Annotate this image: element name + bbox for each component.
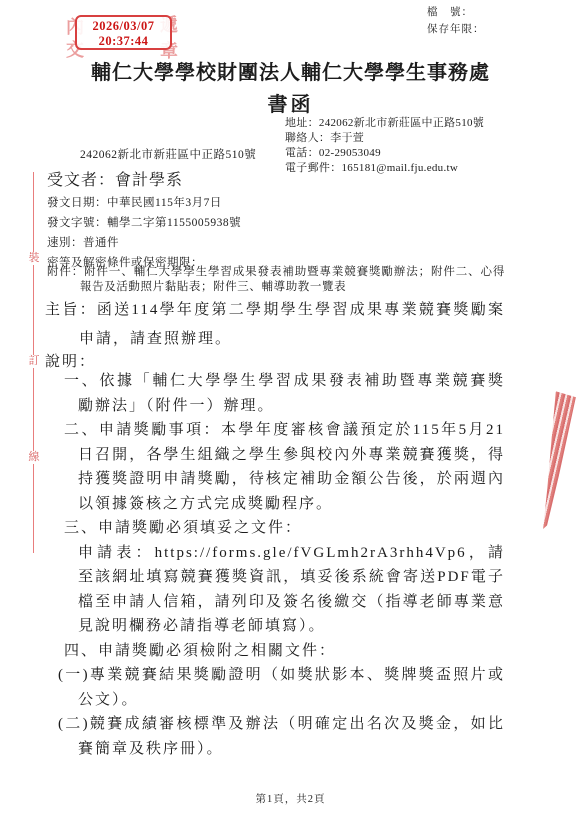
official-letter-page: 檔 號： 保存年限： 內 交 遞 章 2026/03/07 20:37:44 輔… (0, 0, 581, 822)
sender-phone: 電話：02-29053049 (285, 146, 484, 161)
recipient-line: 受文者：會計學系 (47, 167, 183, 190)
stamp-datetime-box: 2026/03/07 20:37:44 (75, 15, 172, 50)
page-number-footer: 第1頁，共2頁 (0, 791, 581, 806)
item-text: 申請獎勵事項：本學年度審核會議預定於115年5月21日召開，各學生組織之學生參與… (78, 422, 505, 512)
recipient-address: 242062新北市新莊區中正路510號 (80, 146, 256, 162)
stamp-time: 20:37:44 (77, 34, 170, 49)
item-number: 三、 (64, 520, 98, 536)
retention-period-label: 保存年限： (427, 21, 485, 38)
explanation-label: 說明： (45, 350, 96, 371)
subitem-text: 競賽成績審核標準及辦法（明確定出名次及獎金，如比賽簡章及秩序冊）。 (78, 716, 505, 757)
letterhead: 輔仁大學學校財團法人輔仁大學學生事務處 書函 (0, 56, 581, 117)
document-number: 發文字號：輔學二字第1155005938號 (47, 213, 241, 233)
item-text: 申請獎勵必須檢附之相關文件： (98, 643, 336, 659)
list-item: 三、申請獎勵必須填妥之文件： (45, 516, 505, 541)
item-text: 依據「輔仁大學學生學習成果發表補助暨專業競賽獎勵辦法」（附件一）辦理。 (78, 373, 505, 414)
document-meta-block: 發文日期：中華民國115年3月7日 發文字號：輔學二字第1155005938號 … (47, 193, 241, 273)
item-number: 四、 (64, 643, 98, 659)
issue-date: 發文日期：中華民國115年3月7日 (47, 193, 241, 213)
sub-list-item: (一)專業競賽結果獎勵證明（如獎狀影本、獎牌獎盃照片或公文）。 (45, 663, 505, 712)
binding-char: 裝 (27, 252, 41, 265)
subject-paragraph: 主旨：函送114學年度第二學期學生學習成果專業競賽獎勵案申請，請查照辦理。 (45, 296, 505, 354)
list-item: 四、申請獎勵必須檢附之相關文件： (45, 639, 505, 664)
document-type-title: 書函 (0, 88, 581, 117)
sender-email: 電子郵件：165181@mail.fju.edu.tw (285, 161, 484, 176)
binding-char: 訂 (27, 355, 41, 368)
subject-label: 主旨： (45, 302, 97, 318)
organization-title: 輔仁大學學校財團法人輔仁大學學生事務處 (0, 56, 581, 85)
sender-address: 地址：242062新北市新莊區中正路510號 (285, 116, 484, 131)
stamp-date: 2026/03/07 (77, 19, 170, 34)
subitem-number: (一) (58, 667, 90, 683)
list-item-continuation: 申請表：https://forms.gle/fVGLmh2rA3rhh4Vp6，… (45, 541, 505, 639)
item-text: 申請獎勵必須填妥之文件： (98, 520, 302, 536)
item-number: 一、 (64, 373, 99, 389)
attachment-line: 附件：附件一、輔仁大學學生學習成果發表補助暨專業競賽獎勵辦法；附件二、心得報告及… (47, 265, 505, 294)
sender-contact-person: 聯絡人：李于萱 (285, 131, 484, 146)
binding-char: 線 (27, 451, 41, 464)
explanation-items: 一、依據「輔仁大學學生學習成果發表補助暨專業競賽獎勵辦法」（附件一）辦理。 二、… (45, 369, 505, 761)
sub-list-item: (二)競賽成績審核標準及辦法（明確定出名次及獎金，如比賽簡章及秩序冊）。 (45, 712, 505, 761)
edge-seal-stamp (530, 391, 579, 532)
list-item: 二、申請獎勵事項：本學年度審核會議預定於115年5月21日召開，各學生組織之學生… (45, 418, 505, 516)
received-stamp: 內 交 遞 章 2026/03/07 20:37:44 (64, 10, 180, 62)
file-number-label: 檔 號： (427, 4, 485, 21)
subitem-text: 專業競賽結果獎勵證明（如獎狀影本、獎牌獎盃照片或公文）。 (78, 667, 505, 708)
subitem-number: (二) (58, 716, 90, 732)
item-number: 二、 (64, 422, 99, 438)
archival-labels: 檔 號： 保存年限： (427, 4, 485, 38)
list-item: 一、依據「輔仁大學學生學習成果發表補助暨專業競賽獎勵辦法」（附件一）辦理。 (45, 369, 505, 418)
subject-text: 函送114學年度第二學期學生學習成果專業競賽獎勵案申請，請查照辦理。 (79, 302, 505, 347)
delivery-speed: 速別：普通件 (47, 233, 241, 253)
sender-contact-block: 地址：242062新北市新莊區中正路510號 聯絡人：李于萱 電話：02-290… (285, 116, 484, 176)
